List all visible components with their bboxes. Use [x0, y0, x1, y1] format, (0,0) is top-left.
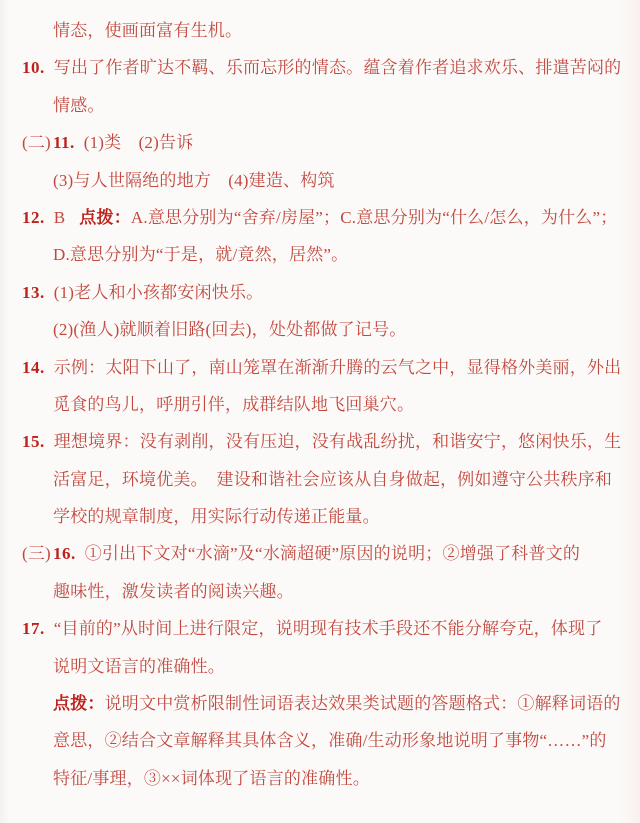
- answer-text: A.意思分别为“舍弃/房屋”；C.意思分别为“什么/怎么，为什么”；: [131, 208, 618, 227]
- answer-text: 情感。: [53, 96, 105, 115]
- answer-text: 活富足，环境优美。 建设和谐社会应该从自身做起，例如遵守公共秩序和: [53, 470, 612, 489]
- answer-text: 特征/事理，③××词体现了语言的准确性。: [53, 769, 370, 788]
- answer-text: (1)类 (2)告诉: [84, 133, 194, 152]
- answer-text: “目前的”从时间上进行限定，说明现有技术手段还不能分解夸克，体现了: [54, 619, 603, 638]
- text-line: 趣味性，激发读者的阅读兴趣。: [53, 573, 622, 610]
- tip-label: 点拨：: [53, 694, 105, 713]
- question-number: 10.: [22, 58, 45, 77]
- text-line: (2)(渔人)就顺着旧路(回去)，处处都做了记号。: [53, 311, 622, 348]
- question-number: 16.: [53, 544, 76, 563]
- question-number: 15.: [22, 432, 45, 451]
- section-marker: (二): [22, 133, 51, 152]
- question-number: 14.: [22, 358, 45, 377]
- answer-text: 趣味性，激发读者的阅读兴趣。: [53, 582, 294, 601]
- question-number: 13.: [22, 283, 45, 302]
- question-number: 17.: [22, 619, 45, 638]
- text-line: 活富足，环境优美。 建设和谐社会应该从自身做起，例如遵守公共秩序和: [53, 461, 622, 498]
- text-line: (二)11.(1)类 (2)告诉: [22, 124, 622, 161]
- text-line: 13.(1)老人和小孩都安闲快乐。: [22, 274, 622, 311]
- tip-label: 点拨：: [79, 208, 131, 227]
- answer-text: 学校的规章制度，用实际行动传递正能量。: [53, 507, 380, 526]
- answer-text: 觅食的鸟儿，呼朋引伴，成群结队地飞回巢穴。: [53, 395, 414, 414]
- answer-text: 情态，使画面富有生机。: [53, 21, 242, 40]
- text-line: 12.B点拨：A.意思分别为“舍弃/房屋”；C.意思分别为“什么/怎么，为什么”…: [22, 199, 622, 236]
- question-number: 11.: [53, 133, 75, 152]
- text-line: 学校的规章制度，用实际行动传递正能量。: [53, 498, 622, 535]
- text-line: 意思，②结合文章解释其具体含义，准确/生动形象地说明了事物“……”的: [53, 722, 622, 759]
- answer-text: 说明文中赏析限制性词语表达效果类试题的答题格式：①解释词语的: [105, 694, 621, 713]
- text-line: 14.示例：太阳下山了，南山笼罩在渐渐升腾的云气之中，显得格外美丽，外出: [22, 349, 622, 386]
- text-line: 15.理想境界：没有剥削，没有压迫，没有战乱纷扰，和谐安宁，悠闲快乐，生: [22, 423, 622, 460]
- answer-letter: B: [54, 208, 66, 227]
- text-line: 点拨：说明文中赏析限制性词语表达效果类试题的答题格式：①解释词语的: [53, 685, 622, 722]
- answer-text: (1)老人和小孩都安闲快乐。: [54, 283, 264, 302]
- text-line: D.意思分别为“于是，就/竟然，居然”。: [53, 236, 622, 273]
- text-line: (三)16.①引出下文对“水滴”及“水滴超硬”原因的说明；②增强了科普文的: [22, 535, 622, 572]
- answer-text: D.意思分别为“于是，就/竟然，居然”。: [53, 245, 348, 264]
- text-line: 10.写出了作者旷达不羁、乐而忘形的情态。蕴含着作者追求欢乐、排遣苦闷的: [22, 49, 622, 86]
- answer-text: (2)(渔人)就顺着旧路(回去)，处处都做了记号。: [53, 320, 406, 339]
- question-number: 12.: [22, 208, 45, 227]
- text-line: 说明文语言的准确性。: [53, 648, 622, 685]
- text-line: 17.“目前的”从时间上进行限定，说明现有技术手段还不能分解夸克，体现了: [22, 610, 622, 647]
- answers-text-block: 情态，使画面富有生机。10.写出了作者旷达不羁、乐而忘形的情态。蕴含着作者追求欢…: [0, 0, 640, 797]
- answer-text: 理想境界：没有剥削，没有压迫，没有战乱纷扰，和谐安宁，悠闲快乐，生: [54, 432, 622, 451]
- text-line: 情感。: [53, 87, 622, 124]
- answer-key-page: 情态，使画面富有生机。10.写出了作者旷达不羁、乐而忘形的情态。蕴含着作者追求欢…: [0, 0, 640, 823]
- answer-text: (3)与人世隔绝的地方 (4)建造、构筑: [53, 171, 335, 190]
- answer-text: ①引出下文对“水滴”及“水滴超硬”原因的说明；②增强了科普文的: [85, 544, 580, 563]
- answer-text: 说明文语言的准确性。: [53, 657, 225, 676]
- answer-text: 意思，②结合文章解释其具体含义，准确/生动形象地说明了事物“……”的: [53, 731, 607, 750]
- text-line: 特征/事理，③××词体现了语言的准确性。: [53, 760, 622, 797]
- section-marker: (三): [22, 544, 51, 563]
- answer-text: 写出了作者旷达不羁、乐而忘形的情态。蕴含着作者追求欢乐、排遣苦闷的: [54, 58, 622, 77]
- text-line: 觅食的鸟儿，呼朋引伴，成群结队地飞回巢穴。: [53, 386, 622, 423]
- answer-text: 示例：太阳下山了，南山笼罩在渐渐升腾的云气之中，显得格外美丽，外出: [54, 358, 622, 377]
- text-line: 情态，使画面富有生机。: [53, 12, 622, 49]
- text-line: (3)与人世隔绝的地方 (4)建造、构筑: [53, 162, 622, 199]
